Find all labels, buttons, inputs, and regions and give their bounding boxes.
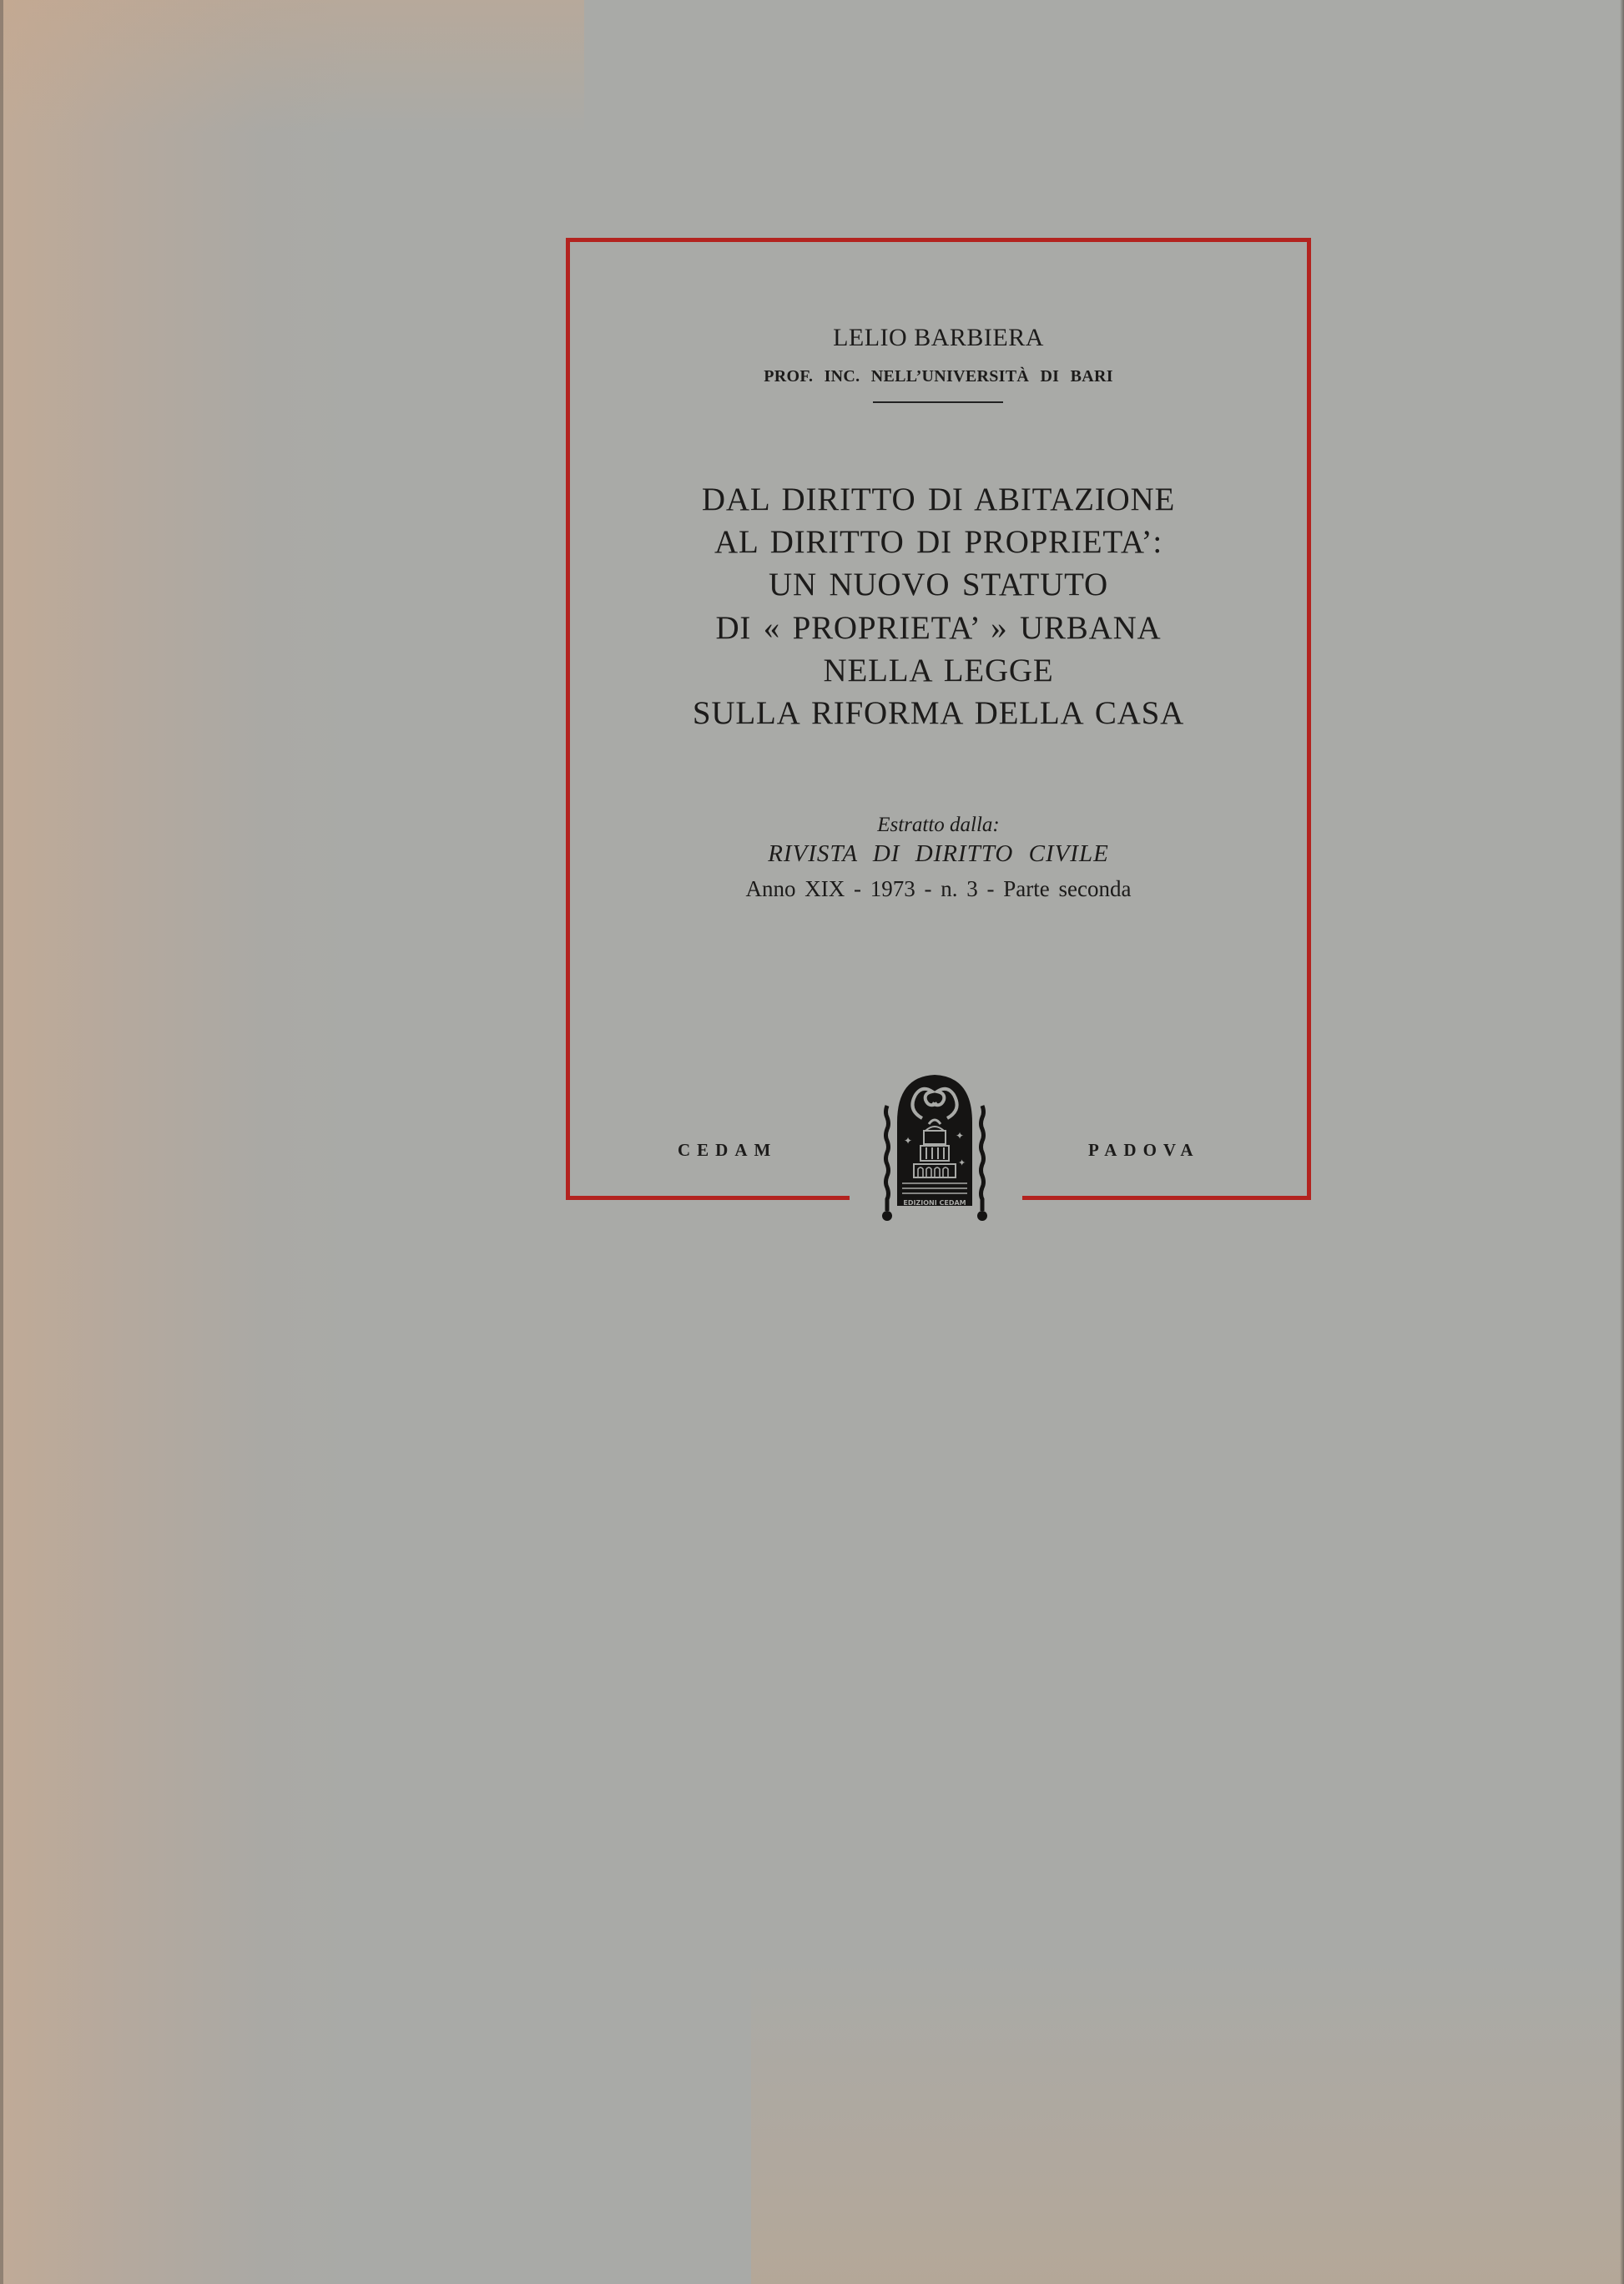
publisher-city: PADOVA xyxy=(1088,1140,1200,1161)
separator-rule xyxy=(873,401,1003,403)
svg-text:✦: ✦ xyxy=(956,1130,964,1142)
paper-edge-left xyxy=(0,0,3,2284)
title-line: DI « PROPRIETA’ » URBANA xyxy=(570,607,1307,649)
author-name: LELIO BARBIERA xyxy=(570,324,1307,352)
extract-label: Estratto dalla: xyxy=(570,814,1307,837)
journal-name: RIVISTA DI DIRITTO CIVILE xyxy=(570,840,1307,868)
svg-text:✦: ✦ xyxy=(904,1135,912,1147)
frame-bottom-border-left xyxy=(566,1196,850,1200)
author-affiliation: PROF. INC. NELL’UNIVERSITÀ DI BARI xyxy=(570,367,1307,386)
publisher-name: CEDAM xyxy=(678,1140,777,1161)
paper-tint-left xyxy=(0,0,351,2284)
paper-edge-right xyxy=(1620,0,1624,2284)
frame-bottom-border-right xyxy=(1022,1196,1311,1200)
title-line: UN NUOVO STATUTO xyxy=(570,563,1307,606)
journal-issue: Anno XIX - 1973 - n. 3 - Parte seconda xyxy=(570,876,1307,902)
frame-top-border xyxy=(566,238,1311,242)
document-title: DAL DIRITTO DI ABITAZIONE AL DIRITTO DI … xyxy=(570,478,1307,734)
title-line: NELLA LEGGE xyxy=(570,649,1307,692)
svg-text:EDIZIONI CEDAM: EDIZIONI CEDAM xyxy=(903,1199,966,1207)
cedam-publisher-emblem-icon: ✦ ✦ ✦ EDIZIONI CEDAM xyxy=(880,1072,989,1227)
svg-text:✦: ✦ xyxy=(958,1157,966,1168)
paper-tint-bottom xyxy=(751,1961,1624,2284)
title-line: DAL DIRITTO DI ABITAZIONE xyxy=(570,478,1307,521)
title-line: SULLA RIFORMA DELLA CASA xyxy=(570,692,1307,734)
title-line: AL DIRITTO DI PROPRIETA’: xyxy=(570,521,1307,563)
paper-tint-top xyxy=(0,0,584,134)
frame-right-border xyxy=(1307,238,1311,1200)
